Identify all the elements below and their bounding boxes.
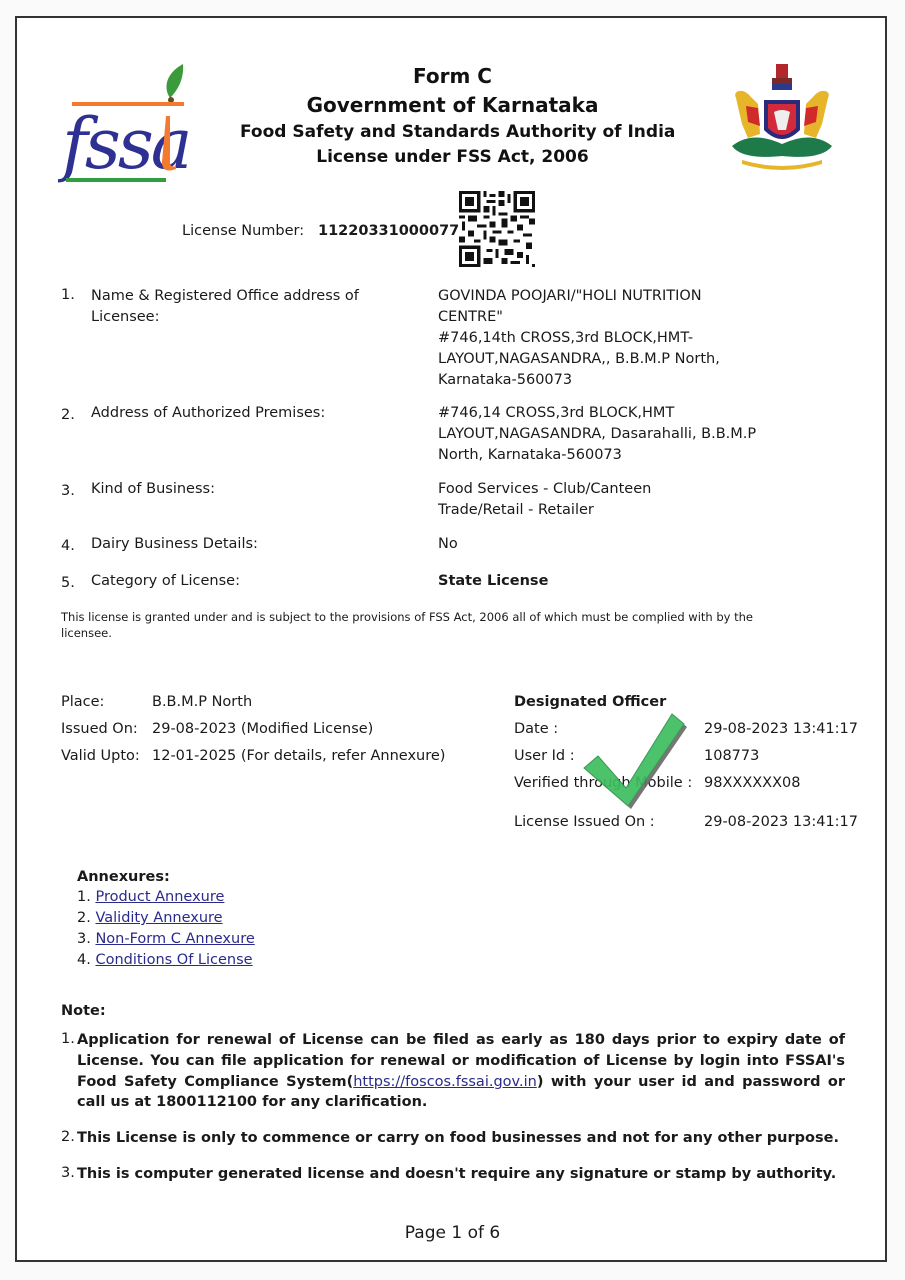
issued-on-value: 29-08-2023 (Modified License): [152, 721, 373, 737]
note-title: Note:: [61, 1003, 106, 1019]
valid-upto-label: Valid Upto:: [61, 748, 140, 764]
issued-on-label: Issued On:: [61, 721, 138, 737]
detail-4-label: Dairy Business Details:: [91, 534, 391, 555]
note-2-text: This License is only to commence or carr…: [77, 1128, 845, 1149]
foscos-link[interactable]: https://foscos.fssai.gov.in: [353, 1074, 537, 1090]
fssai-logo: fssa: [58, 58, 188, 188]
page-number: Page 1 of 6: [0, 1223, 905, 1243]
verified-mobile-value: 98XXXXXX08: [704, 775, 801, 791]
annexure-item: 3. Non-Form C Annexure: [77, 931, 255, 947]
license-issued-on-value: 29-08-2023 13:41:17: [704, 814, 858, 830]
detail-2-number: 2.: [61, 407, 75, 423]
valid-upto-value: 12-01-2025 (For details, refer Annexure): [152, 748, 445, 764]
annexures-title: Annexures:: [77, 869, 170, 885]
user-id-value: 108773: [704, 748, 759, 764]
license-number-label: License Number:: [182, 223, 304, 239]
place-value: B.B.M.P North: [152, 694, 252, 710]
note-1-text: Application for renewal of License can b…: [77, 1030, 845, 1113]
annexure-item: 4. Conditions Of License: [77, 952, 253, 968]
disclaimer-text: This license is granted under and is sub…: [61, 609, 781, 641]
note-3-number: 3.: [61, 1165, 75, 1181]
checkmark-icon: [578, 706, 688, 810]
annexure-item: 2. Validity Annexure: [77, 910, 223, 926]
license-issued-on-label: License Issued On :: [514, 814, 655, 830]
detail-3-number: 3.: [61, 483, 75, 499]
detail-5-label: Category of License:: [91, 571, 391, 592]
officer-date-value: 29-08-2023 13:41:17: [704, 721, 858, 737]
annexure-item: 1. Product Annexure: [77, 889, 224, 905]
qr-code-icon: [459, 191, 535, 267]
detail-2-label: Address of Authorized Premises:: [91, 403, 391, 424]
note-3-text: This is computer generated license and d…: [77, 1164, 845, 1185]
detail-2-value: #746,14 CROSS,3rd BLOCK,HMTLAYOUT,NAGASA…: [438, 403, 778, 466]
detail-3-value: Food Services - Club/CanteenTrade/Retail…: [438, 479, 778, 521]
detail-1-label: Name & Registered Office address of Lice…: [91, 286, 391, 328]
conditions-of-license-link[interactable]: Conditions Of License: [95, 952, 252, 968]
license-number: 11220331000077: [318, 223, 459, 239]
note-2-number: 2.: [61, 1129, 75, 1145]
detail-3-label: Kind of Business:: [91, 479, 391, 500]
act-title: License under FSS Act, 2006: [240, 147, 665, 167]
karnataka-emblem-icon: [722, 60, 842, 176]
detail-5-number: 5.: [61, 575, 75, 591]
form-title: Form C: [240, 64, 665, 88]
user-id-label: User Id :: [514, 748, 575, 764]
note-1-number: 1.: [61, 1031, 75, 1047]
detail-1-number: 1.: [61, 287, 75, 303]
non-form-c-annexure-link[interactable]: Non-Form C Annexure: [95, 931, 254, 947]
product-annexure-link[interactable]: Product Annexure: [95, 889, 224, 905]
officer-date-label: Date :: [514, 721, 558, 737]
license-category: State License: [438, 571, 778, 592]
validity-annexure-link[interactable]: Validity Annexure: [95, 910, 222, 926]
detail-1-value: GOVINDA POOJARI/"HOLI NUTRITIONCENTRE"#7…: [438, 286, 778, 391]
place-label: Place:: [61, 694, 104, 710]
detail-4-number: 4.: [61, 538, 75, 554]
detail-4-value: No: [438, 534, 778, 555]
government-title: Government of Karnataka: [240, 93, 665, 117]
authority-title: Food Safety and Standards Authority of I…: [240, 122, 665, 142]
